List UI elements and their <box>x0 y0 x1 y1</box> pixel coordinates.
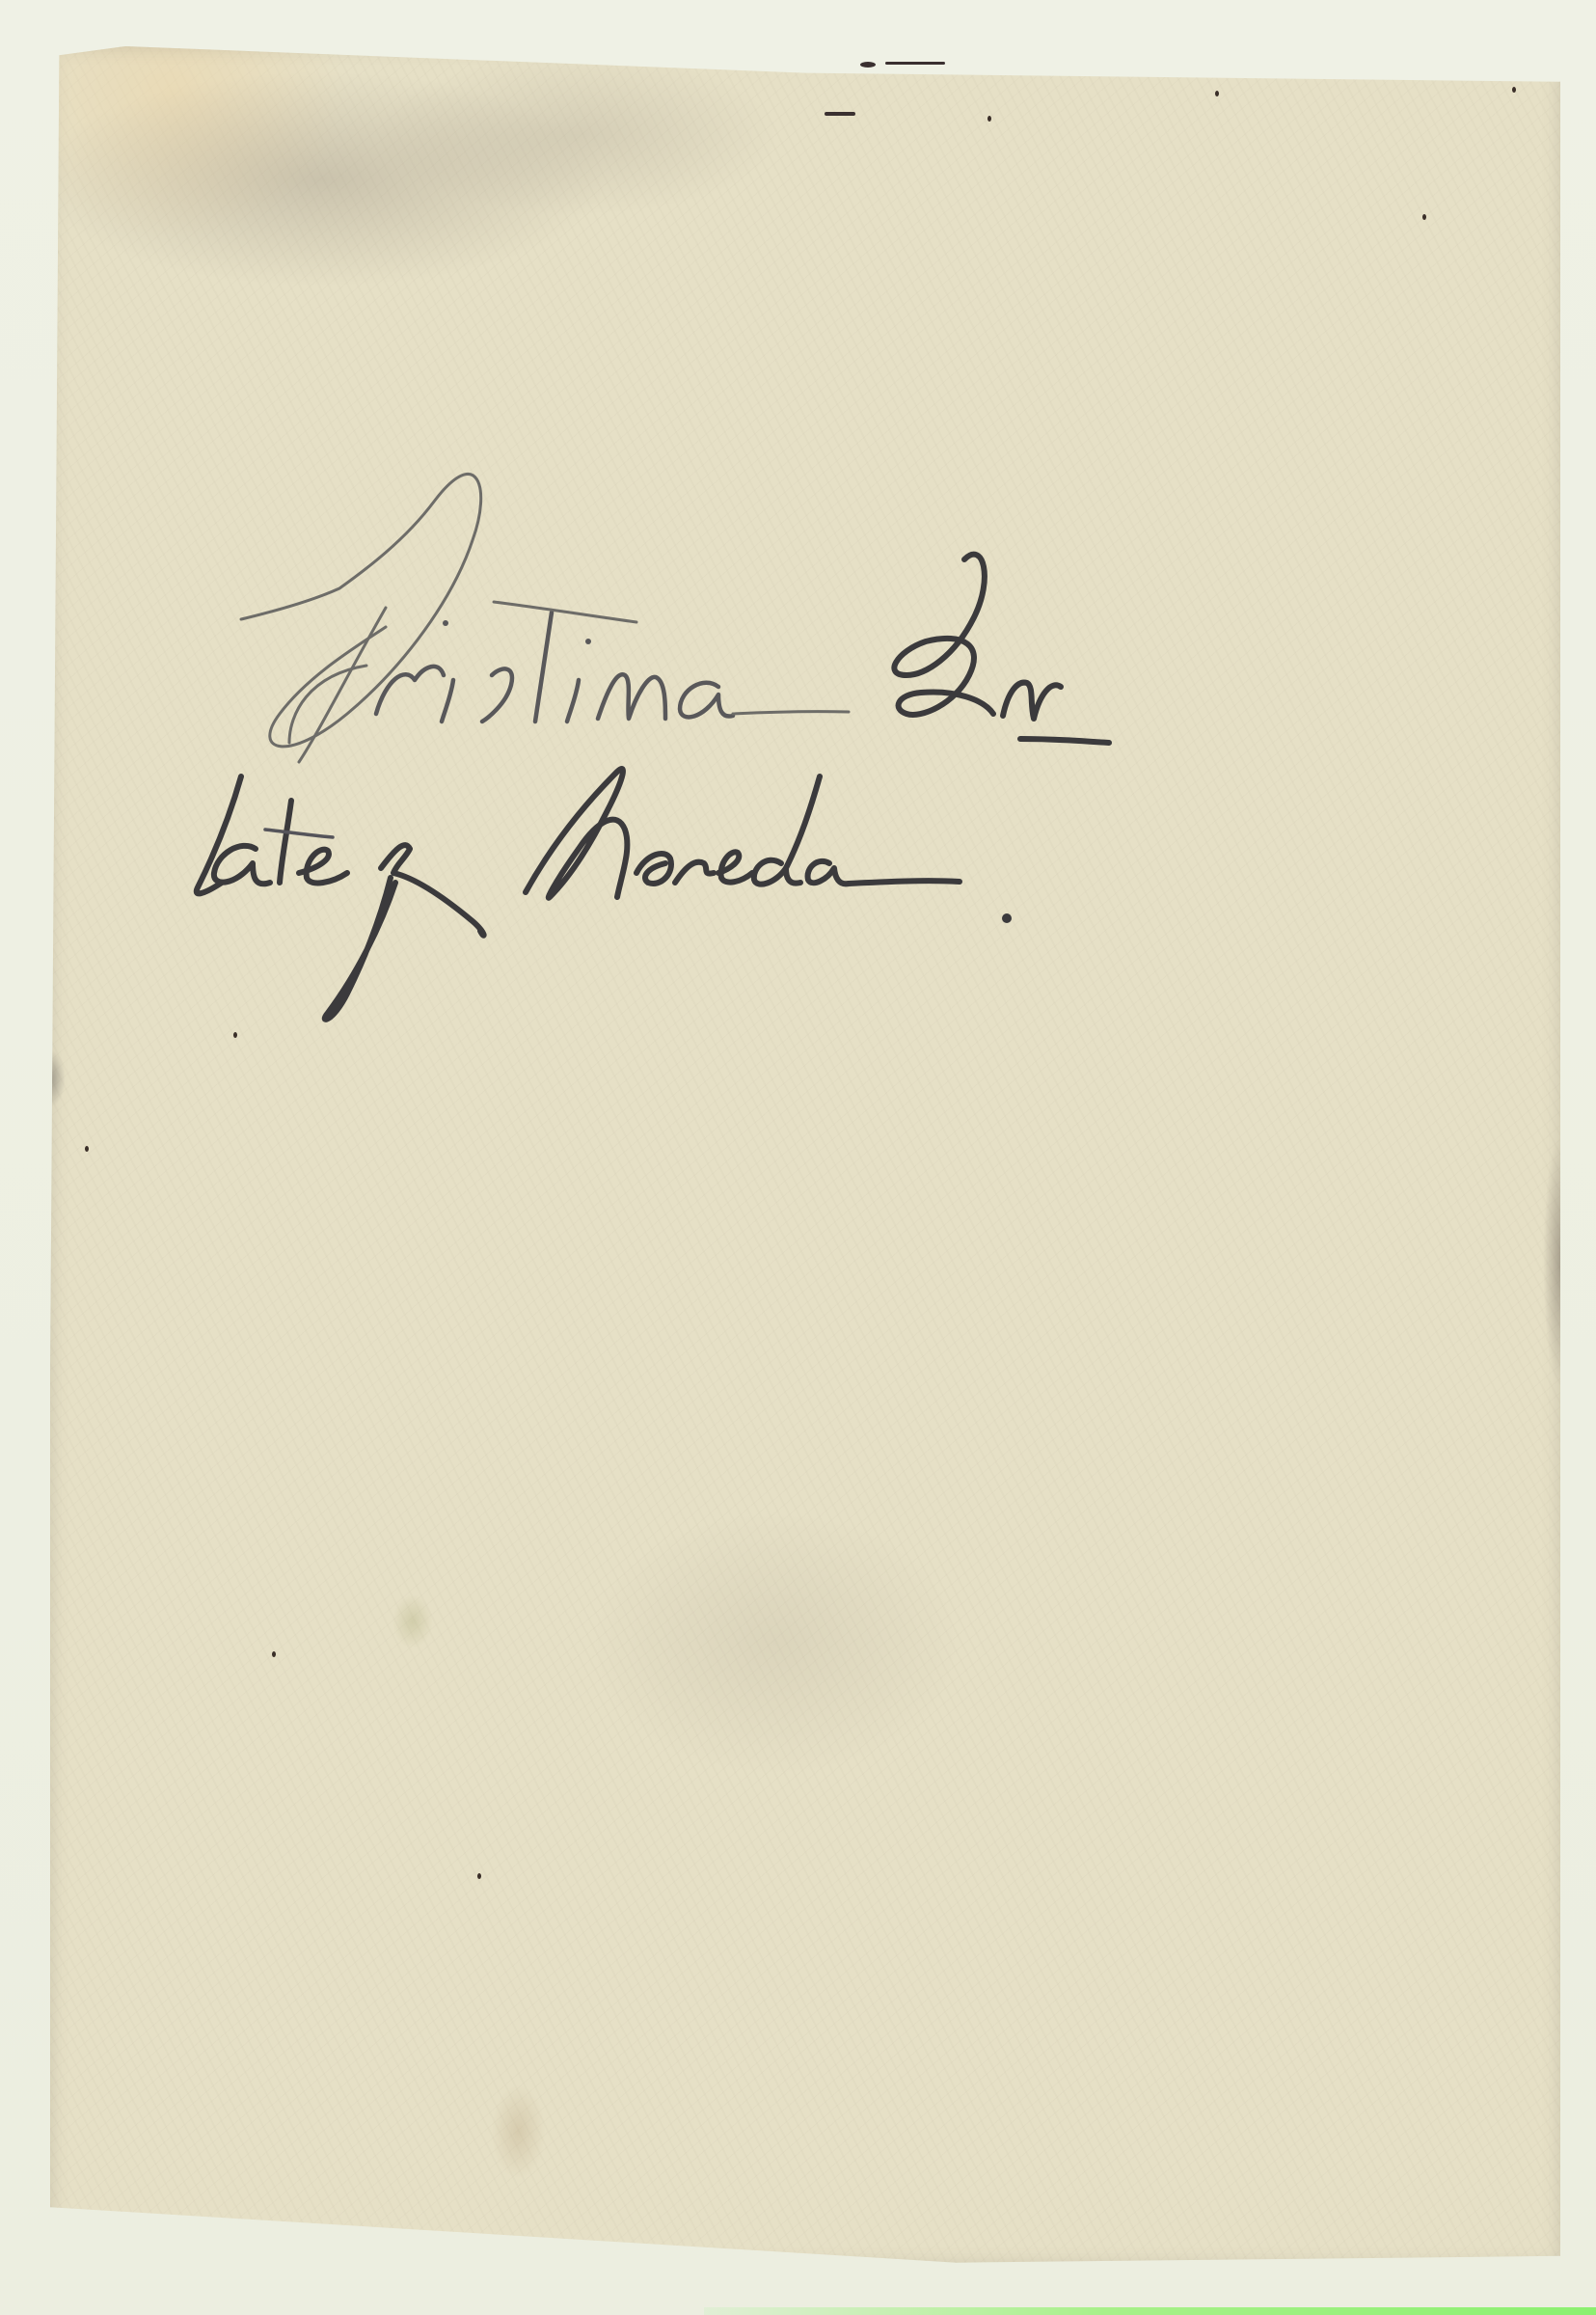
handwriting-strokes <box>0 0 1596 2315</box>
handwriting-line-2 <box>197 769 1012 1020</box>
scanner-color-bar <box>704 2307 1596 2315</box>
handwriting-line-1 <box>241 474 1109 762</box>
handwritten-inscription: Cristina Sr Lale y Moreda. <box>0 0 1596 2315</box>
